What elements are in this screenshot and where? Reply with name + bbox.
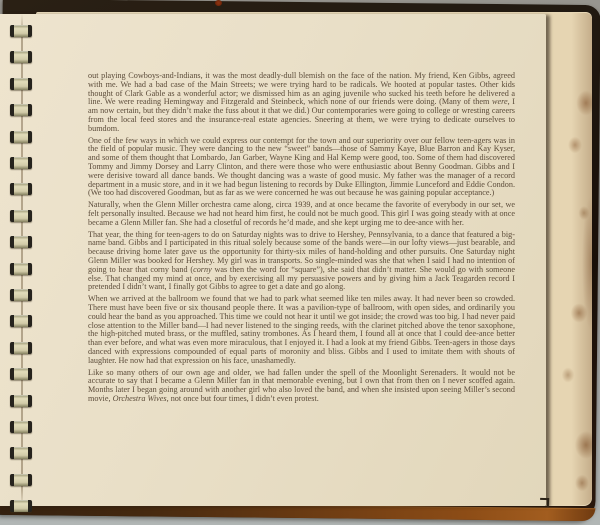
binding-ring [10,395,32,407]
binding-ring [10,500,32,512]
binding-ring [10,210,32,222]
binding-ring [10,236,32,248]
binding-ring [10,474,32,486]
binding-ring [10,342,32,354]
binding-ring [10,263,32,275]
binding-ring [10,25,32,37]
liner-notes-paragraph: One of the few ways in which we could ex… [88,137,515,199]
photo-background: out playing Cowboys-and-Indians, it was … [0,0,600,525]
binding-ring [10,183,32,195]
binding-ring [10,447,32,459]
binding-ring [10,315,32,327]
binding-ring [10,289,32,301]
binding-ring [10,104,32,116]
binding-ring [10,157,32,169]
binding-rings [0,0,40,525]
liner-notes-paragraph: When we arrived at the ballroom we found… [88,295,515,365]
binding-ring [10,78,32,90]
binding-ring [10,421,32,433]
liner-notes-paragraph: Naturally, when the Glenn Miller orchest… [88,201,515,227]
page-corner-mark [540,498,549,507]
liner-notes-paragraph: Like so many others of our own age and o… [88,369,515,404]
liner-notes-paragraph: out playing Cowboys-and-Indians, it was … [88,72,515,134]
binding-ring [10,368,32,380]
liner-notes-text: out playing Cowboys-and-Indians, it was … [88,72,515,407]
binding-ring [10,131,32,143]
liner-notes-paragraph: That year, the thing for teen-agers to d… [88,231,515,293]
foxing-stains [546,13,592,505]
album-page: out playing Cowboys-and-Indians, it was … [0,14,546,506]
binding-ring [10,51,32,63]
rust-spot [215,0,222,6]
